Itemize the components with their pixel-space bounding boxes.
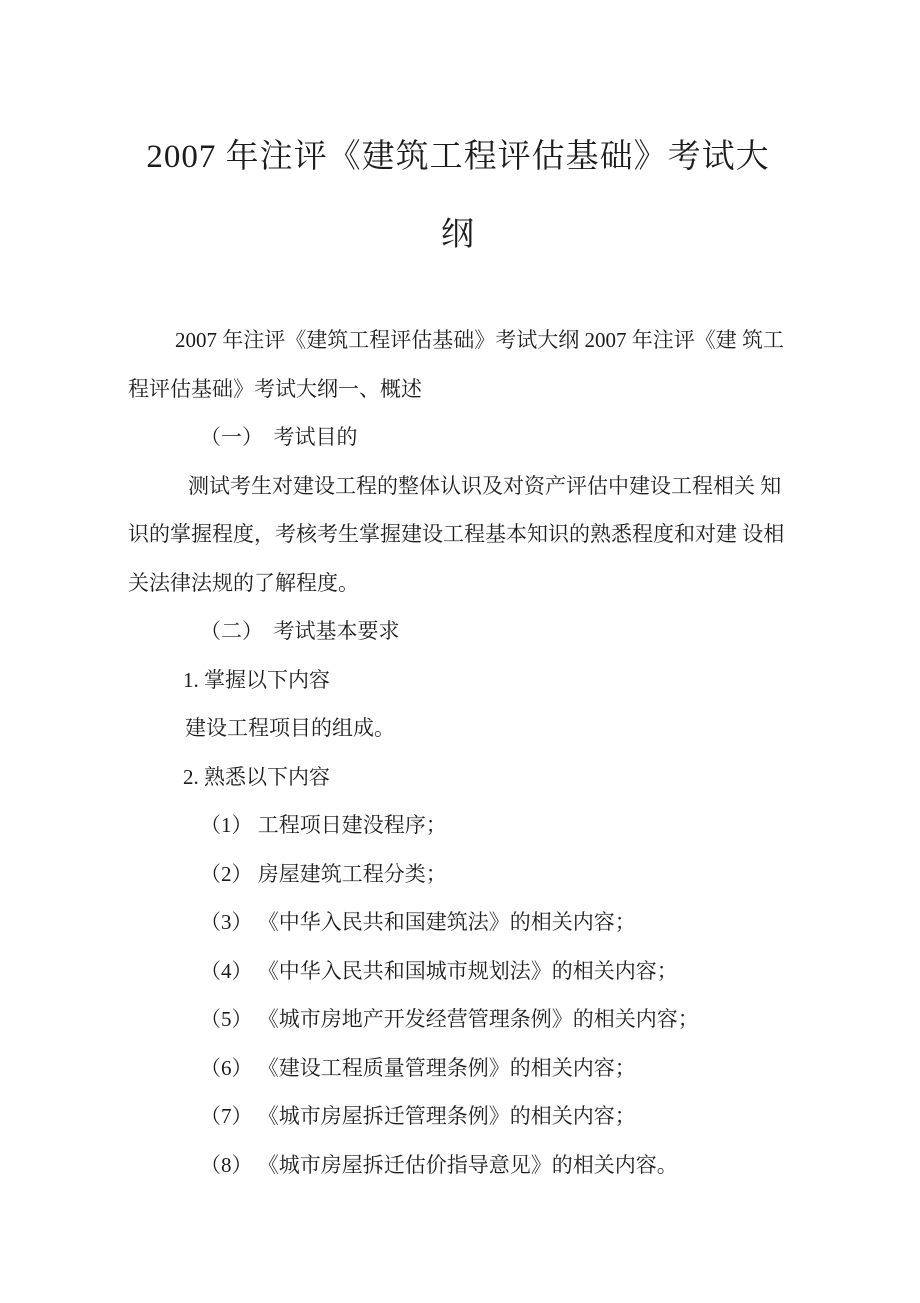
list-item-8: （8） 《城市房屋拆迁估价指导意见》的相关内容。 <box>128 1141 788 1190</box>
section-heading-exam-purpose: （一） 考试目的 <box>128 413 788 462</box>
intro-paragraph-line-1: 2007 年注评《建筑工程评估基础》考试大纲 2007 年注评《建 筑工 <box>128 316 788 365</box>
section-heading-exam-requirements: （二） 考试基本要求 <box>128 607 788 656</box>
purpose-paragraph-line-1: 测试考生对建设工程的整体认识及对资产评估中建设工程相关 知 <box>128 462 788 511</box>
list-item-6: （6） 《建设工程质量管理条例》的相关内容； <box>128 1044 788 1093</box>
purpose-paragraph-line-2: 识的掌握程度，考核考生掌握建设工程基本知识的熟悉程度和对建 设相 <box>128 510 788 559</box>
list-item-3: （3） 《中华入民共和国建筑法》的相关内容； <box>128 898 788 947</box>
requirement-1-heading: 1. 掌握以下内容 <box>128 656 788 705</box>
document-content: 2007 年注评《建筑工程评估基础》考试大 纲 2007 年注评《建筑工程评估基… <box>128 0 788 1303</box>
requirement-2-heading: 2. 熟悉以下内容 <box>128 753 788 802</box>
list-item-7: （7） 《城市房屋拆迁管理条例》的相关内容； <box>128 1092 788 1141</box>
purpose-paragraph-line-3: 关法律法规的了解程度。 <box>128 559 788 608</box>
document-page: 2007 年注评《建筑工程评估基础》考试大 纲 2007 年注评《建筑工程评估基… <box>0 0 920 1303</box>
list-item-5: （5） 《城市房地产开发经营管理条例》的相关内容； <box>128 995 788 1044</box>
requirement-1-content: 建设工程项目的组成。 <box>128 704 788 753</box>
document-title-line-1: 2007 年注评《建筑工程评估基础》考试大 <box>128 136 788 178</box>
list-item-2: （2） 房屋建筑工程分类； <box>128 850 788 899</box>
list-item-4: （4） 《中华入民共和国城市规划法》的相关内容； <box>128 947 788 996</box>
document-title-line-2: 纲 <box>128 214 788 256</box>
intro-paragraph-line-2: 程评估基础》考试大纲一、概述 <box>128 365 788 414</box>
list-item-1: （1） 工程项日建没程序； <box>128 801 788 850</box>
document-body: 2007 年注评《建筑工程评估基础》考试大纲 2007 年注评《建 筑工 程评估… <box>128 316 788 1189</box>
